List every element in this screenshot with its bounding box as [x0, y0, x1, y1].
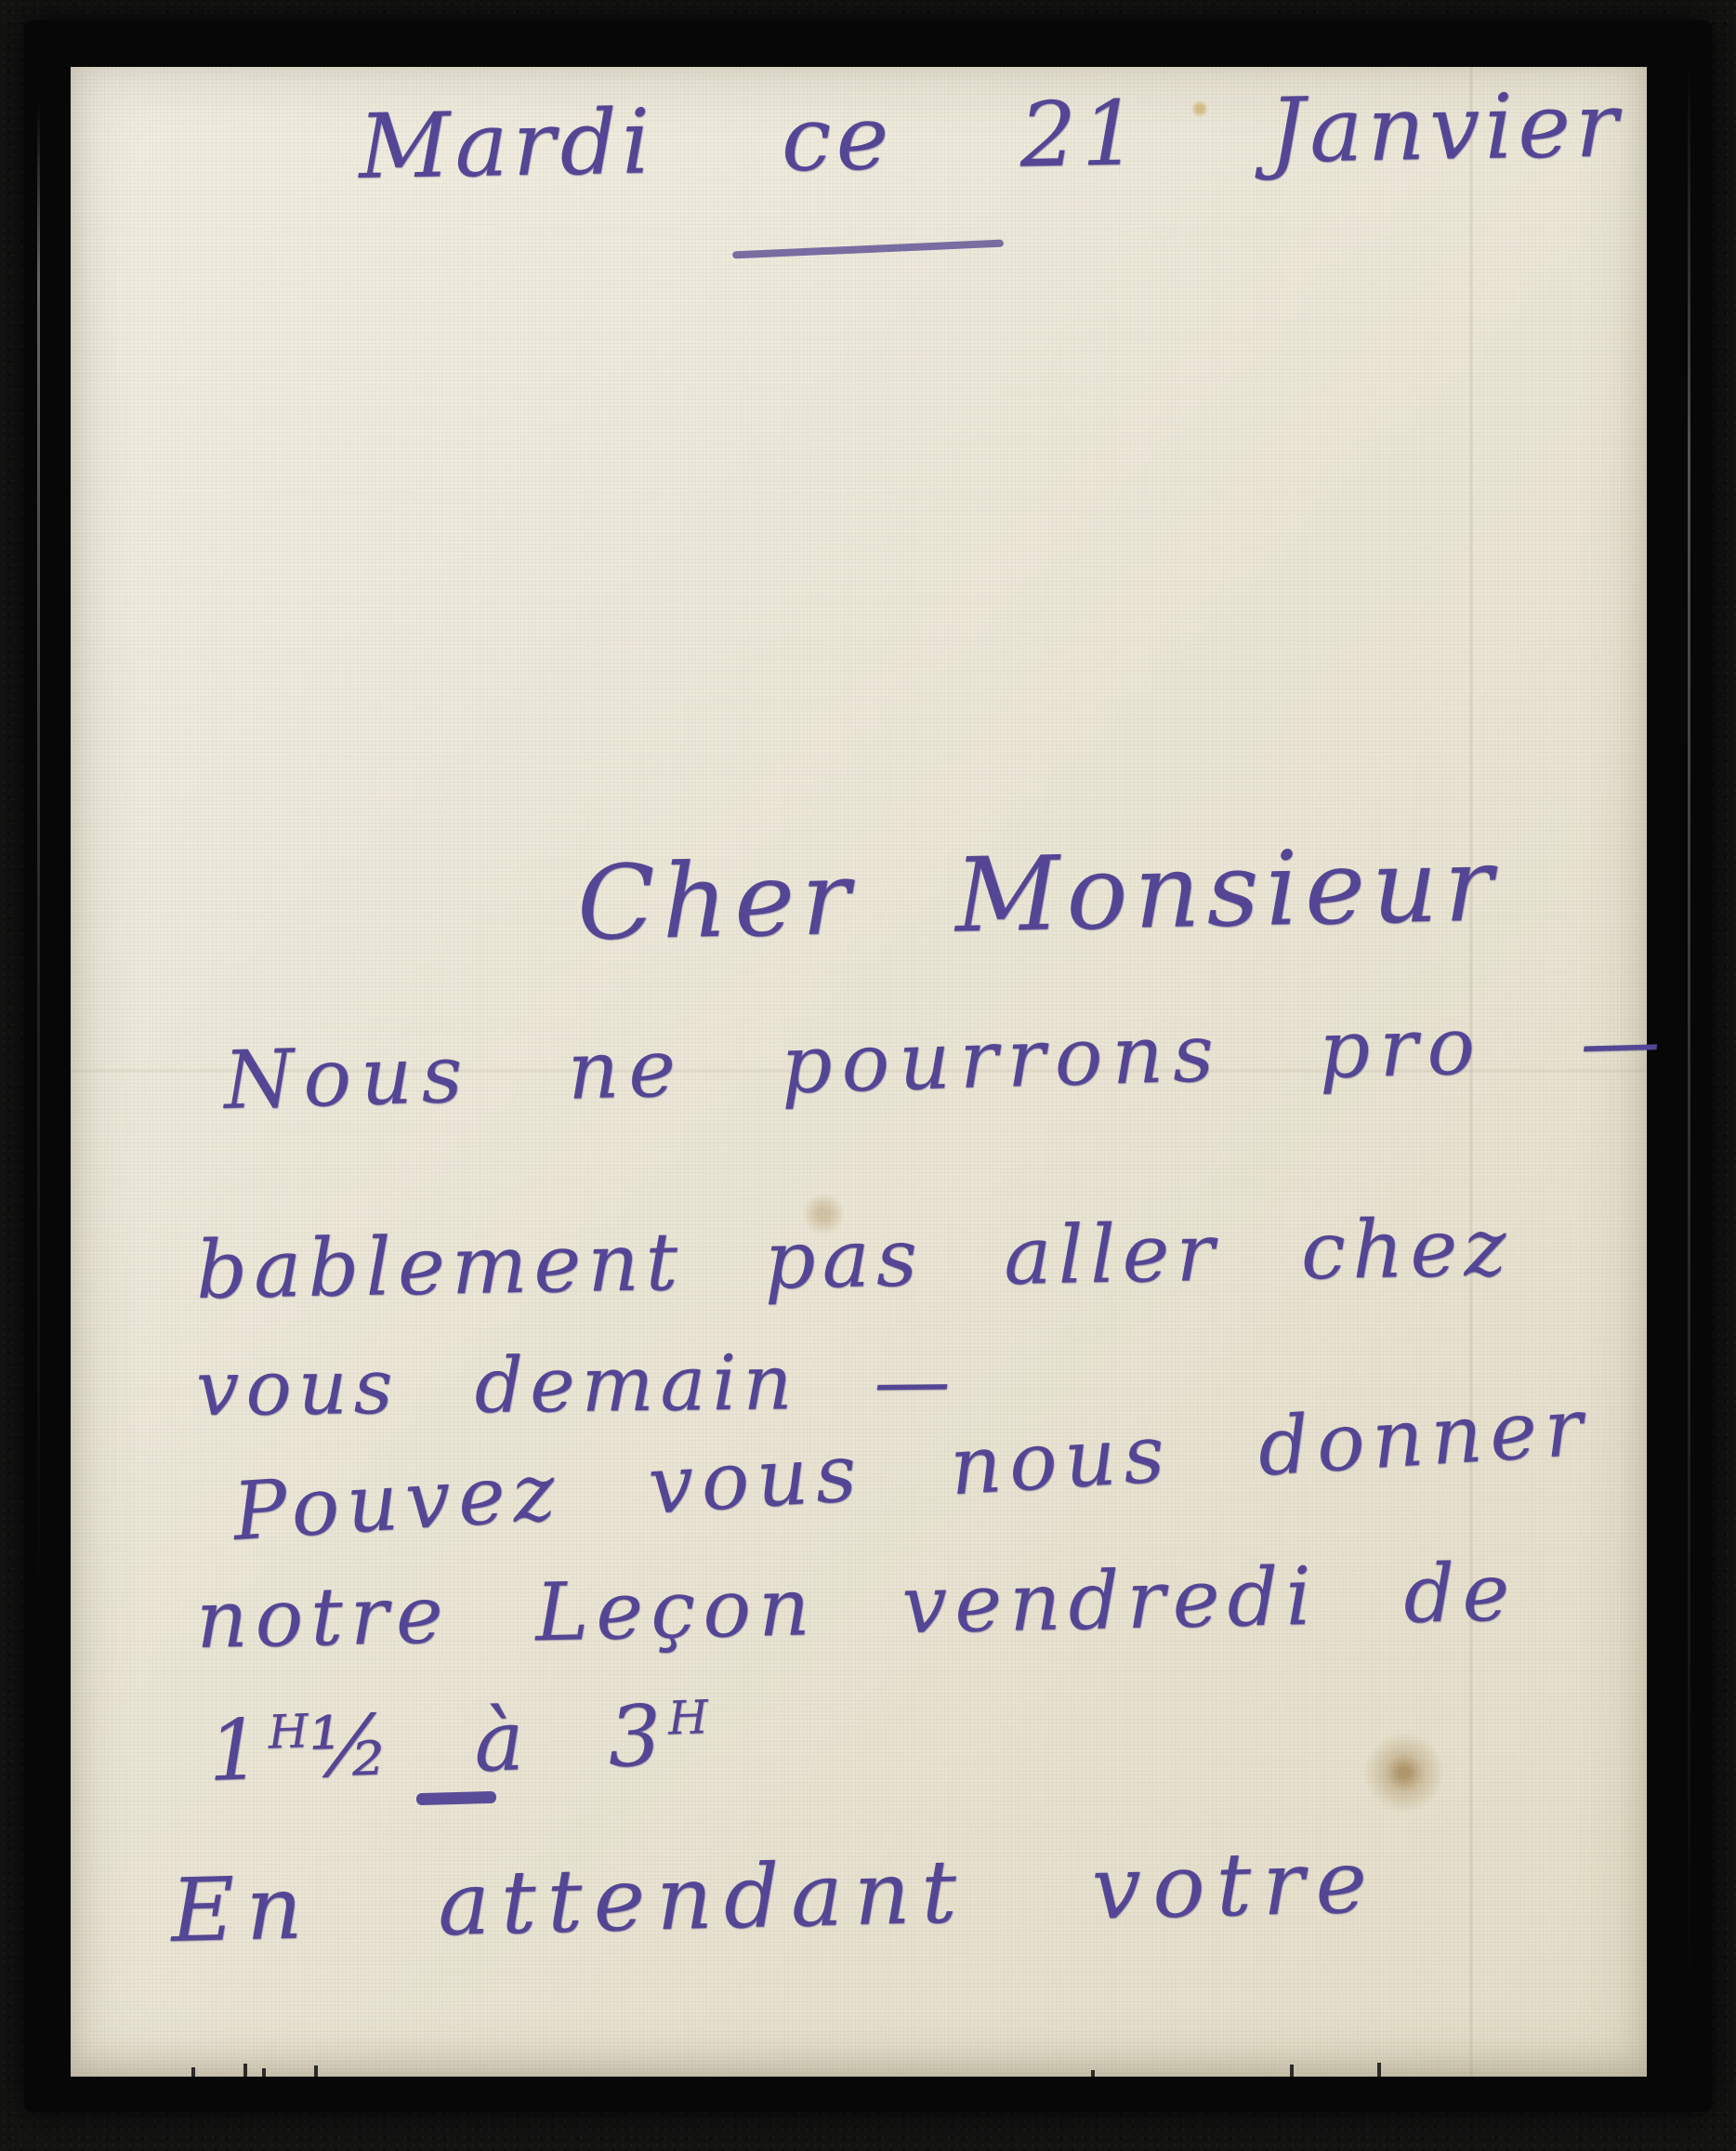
- time-hour-1: 1: [206, 1701, 270, 1801]
- closing-line: En attendant votre: [170, 1839, 1379, 1956]
- cutoff-text-mark: [314, 2065, 318, 2077]
- cutoff-text-mark: [262, 2068, 266, 2077]
- date-word-janvier: Janvier: [1269, 80, 1624, 176]
- cutoff-text-mark: [243, 2064, 247, 2077]
- time-line: 1H½ à 3H: [206, 1693, 710, 1794]
- cutoff-text-mark: [1091, 2070, 1095, 2077]
- body-line-5: notre Leçon vendredi de: [195, 1552, 1518, 1660]
- body-line-2: bablement pas aller chez: [195, 1207, 1513, 1311]
- time-h-superscript-1: H: [268, 1704, 309, 1759]
- letter-sheet: Mardi ce 21 Janvier Cher Monsieur Nous n…: [71, 67, 1647, 2077]
- time-middle: ½ à 3: [308, 1687, 671, 1797]
- time-h-superscript-2: H: [667, 1690, 709, 1745]
- date-word-ce: ce: [781, 93, 894, 184]
- cutoff-text-mark: [1290, 2065, 1294, 2077]
- salutation-line: Cher Monsieur: [576, 833, 1501, 955]
- cutoff-text-mark: [191, 2067, 195, 2077]
- date-word-21: 21: [1019, 88, 1144, 179]
- date-word-mardi: Mardi: [358, 97, 655, 191]
- date-underline-stroke: [732, 240, 1004, 259]
- paper-stain-large: [1364, 1733, 1444, 1813]
- body-line-3: vous demain —: [196, 1343, 957, 1428]
- photograph-of-letter: { "photo": { "description": "handwritten…: [0, 0, 1736, 2151]
- time-underline-stroke: [416, 1791, 496, 1805]
- body-line-1: Nous ne pourrons pro —: [223, 1001, 1671, 1121]
- cutoff-text-mark: [1377, 2063, 1381, 2077]
- date-line: Mardi ce 21 Janvier: [358, 80, 1623, 191]
